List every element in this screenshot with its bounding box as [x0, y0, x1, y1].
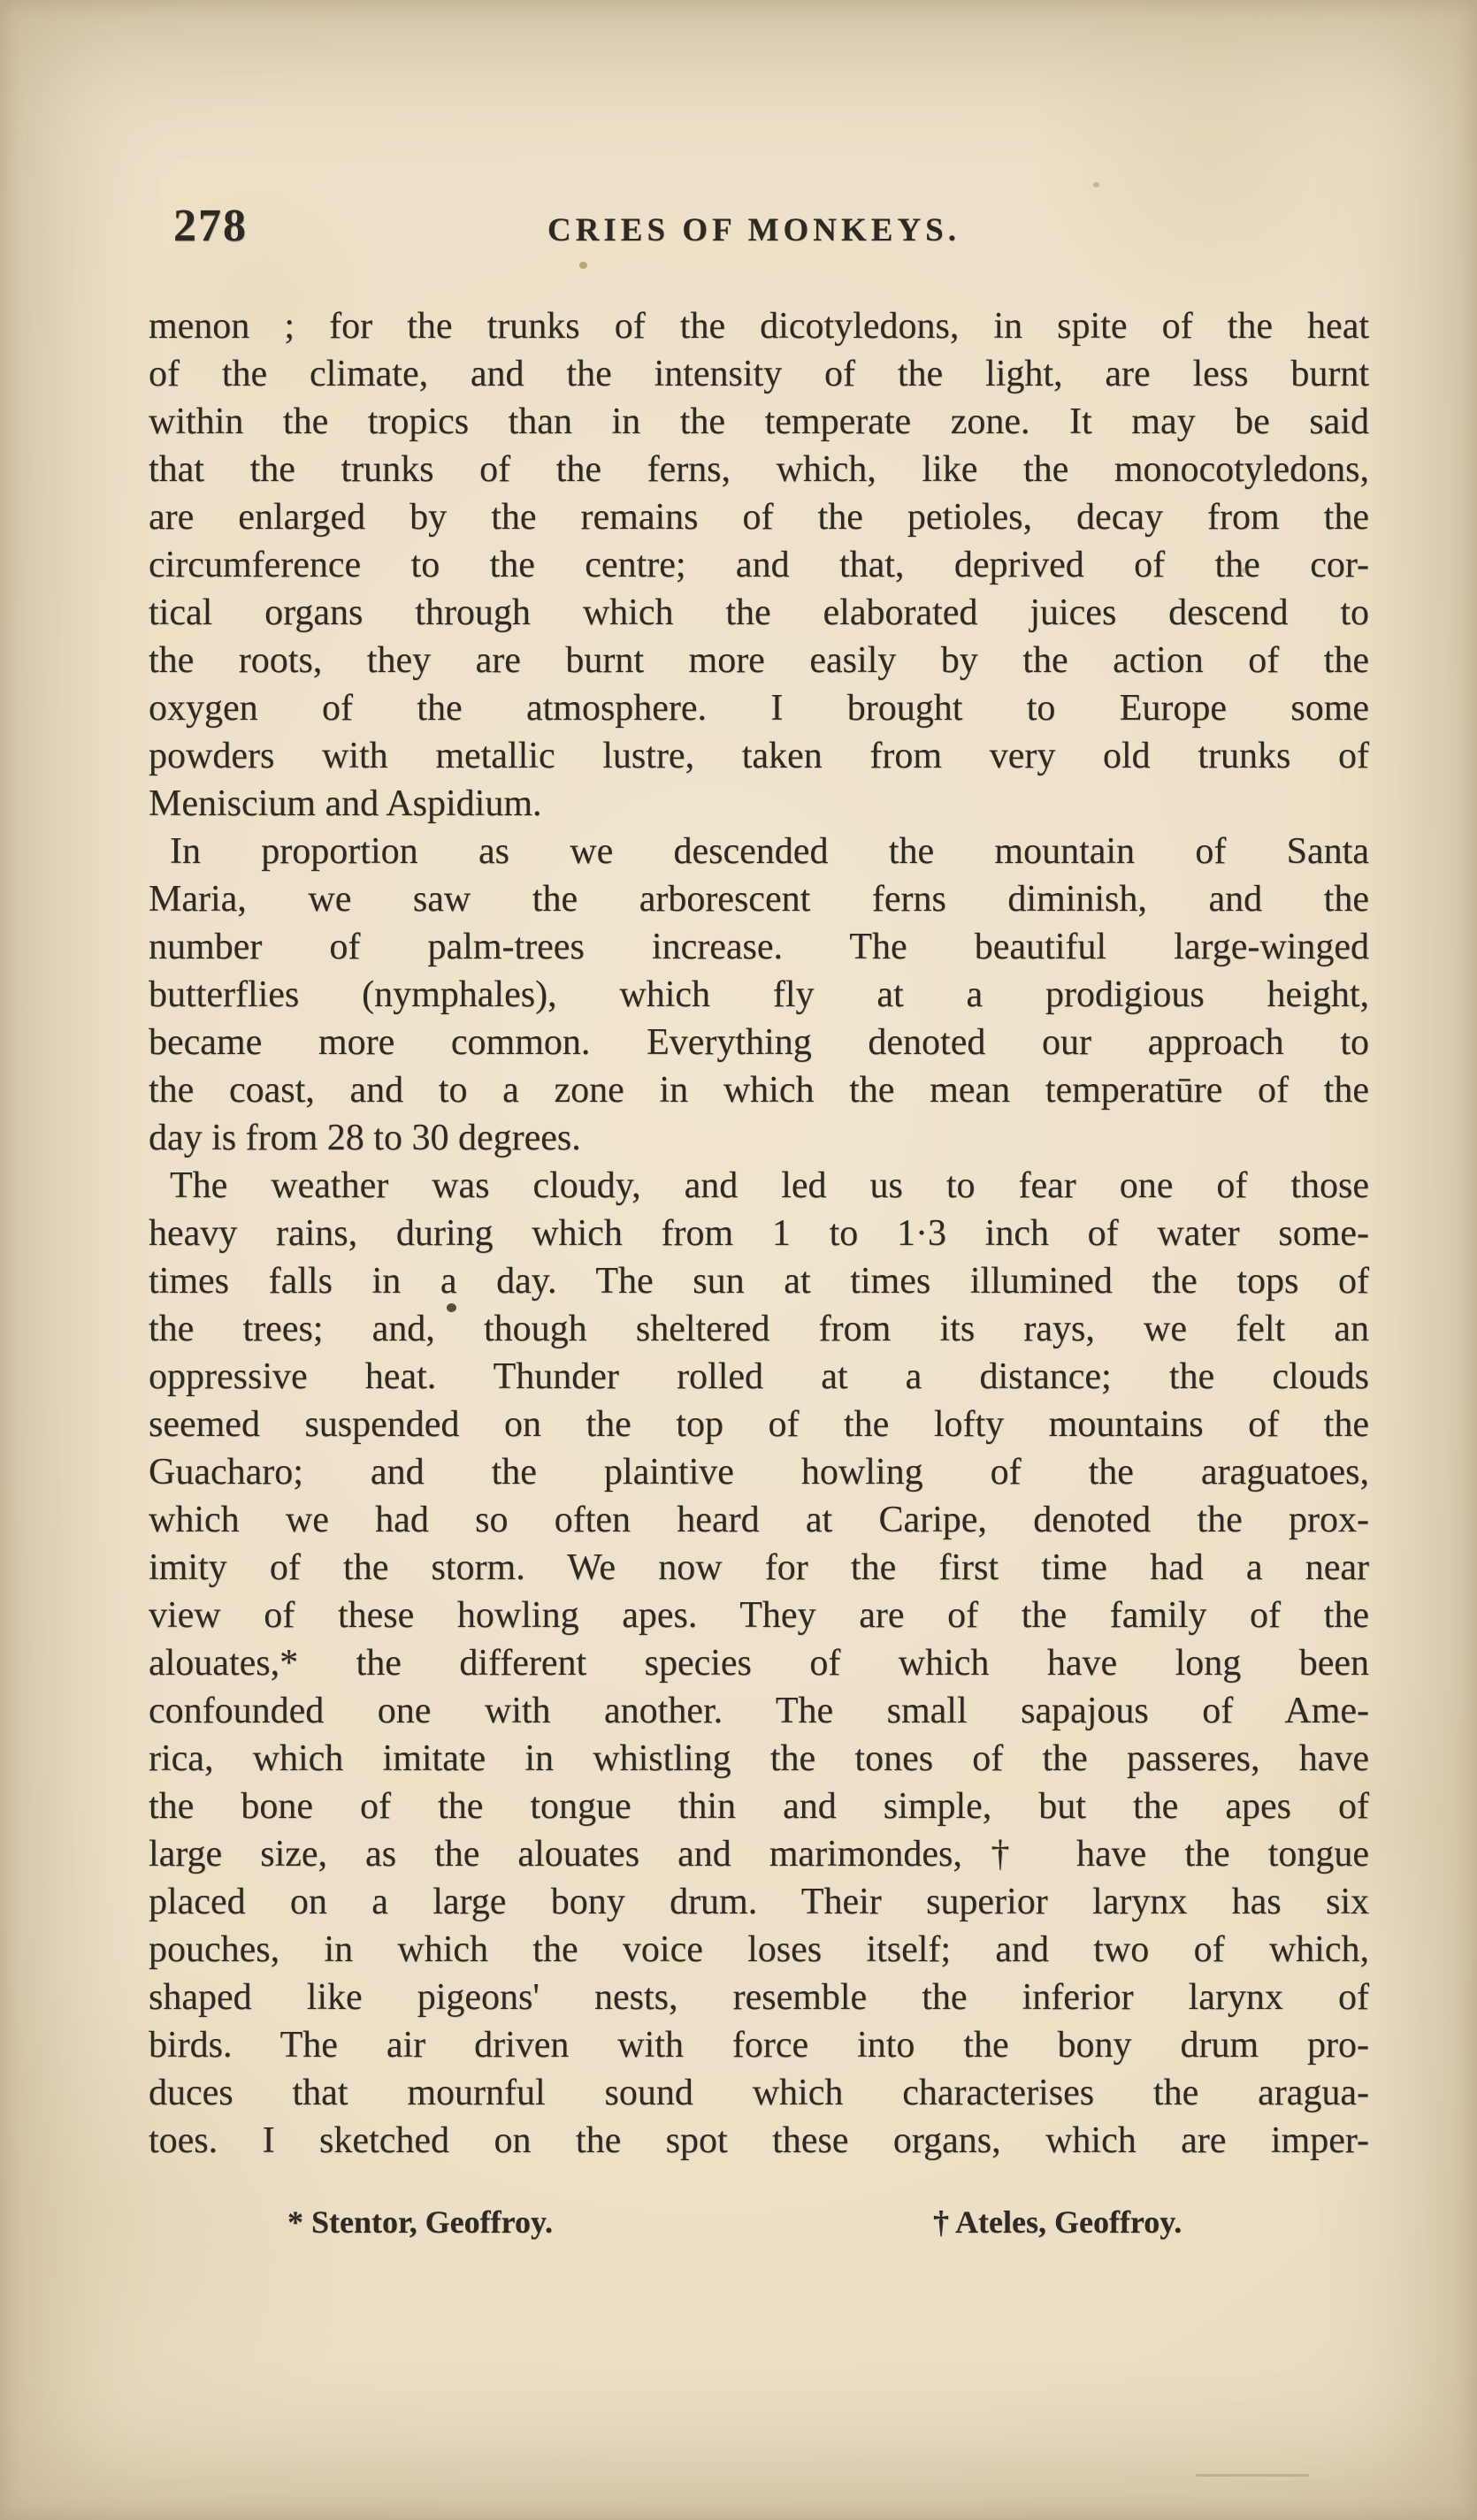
text-line: times falls in a day. The sun at times i…: [149, 1257, 1369, 1305]
paragraph-1: menon ; for the trunks of the dicotyledo…: [149, 302, 1369, 828]
text-line: day is from 28 to 30 degrees.: [149, 1114, 1369, 1162]
text-line: menon ; for the trunks of the dicotyledo…: [149, 302, 1369, 350]
text-line: of the climate, and the intensity of the…: [149, 350, 1369, 398]
text-line: duces that mournful sound which characte…: [149, 2069, 1369, 2117]
text-line: powders with metallic lustre, taken from…: [149, 732, 1369, 780]
text-line: number of palm-trees increase. The beaut…: [149, 923, 1369, 971]
text-line: rica, which imitate in whistling the ton…: [149, 1735, 1369, 1783]
text-line: which we had so often heard at Caripe, d…: [149, 1496, 1369, 1544]
ink-speck: [579, 262, 587, 269]
text-line: oppressive heat. Thunder rolled at a dis…: [149, 1353, 1369, 1401]
text-line: within the tropics than in the temperate…: [149, 398, 1369, 446]
text-line: alouates,* the different species of whic…: [149, 1639, 1369, 1687]
text-line: oxygen of the atmosphere. I brought to E…: [149, 684, 1369, 732]
footnotes: * Stentor, Geoffroy. † Ateles, Geoffroy.: [0, 2203, 1477, 2257]
text-line: became more common. Everything denoted o…: [149, 1019, 1369, 1066]
text-line: that the trunks of the ferns, which, lik…: [149, 446, 1369, 493]
text-line: the roots, they are burnt more easily by…: [149, 637, 1369, 684]
text-line: Meniscium and Aspidium.: [149, 780, 1369, 828]
text-line: the bone of the tongue thin and simple, …: [149, 1783, 1369, 1830]
running-head: CRIES OF MONKEYS.: [142, 214, 1366, 247]
paragraph-3: The weather was cloudy, and led us to fe…: [149, 1162, 1369, 2165]
text-line: Maria, we saw the arborescent ferns dimi…: [149, 875, 1369, 923]
ink-speck: [1093, 182, 1099, 187]
text-line: large size, as the alouates and marimond…: [149, 1830, 1369, 1878]
text-line: seemed suspended on the top of the lofty…: [149, 1401, 1369, 1448]
scan-artifact-mark: [1196, 2474, 1309, 2477]
text-line: The weather was cloudy, and led us to fe…: [149, 1162, 1369, 1210]
text-line: are enlarged by the remains of the petio…: [149, 493, 1369, 541]
book-page: 278 CRIES OF MONKEYS. menon ; for the tr…: [0, 0, 1477, 2520]
text-line: confounded one with another. The small s…: [149, 1687, 1369, 1735]
text-line: pouches, in which the voice loses itself…: [149, 1926, 1369, 1974]
text-line: placed on a large bony drum. Their super…: [149, 1878, 1369, 1926]
text-line: toes. I sketched on the spot these organ…: [149, 2117, 1369, 2165]
text-line: view of these howling apes. They are of …: [149, 1592, 1369, 1639]
text-line: butterflies (nymphales), which fly at a …: [149, 971, 1369, 1019]
text-line: shaped like pigeons' nests, resemble the…: [149, 1974, 1369, 2021]
text-line: imity of the storm. We now for the first…: [149, 1544, 1369, 1592]
text-line: birds. The air driven with force into th…: [149, 2021, 1369, 2069]
text-line: the coast, and to a zone in which the me…: [149, 1066, 1369, 1114]
text-line: heavy rains, during which from 1 to 1·3 …: [149, 1210, 1369, 1257]
text-line: Guacharo; and the plaintive howling of t…: [149, 1448, 1369, 1496]
footnote-ateles: † Ateles, Geoffroy.: [933, 2203, 1182, 2241]
text-line: the trees; and, though sheltered from it…: [149, 1305, 1369, 1353]
text-line: tical organs through which the elaborate…: [149, 589, 1369, 637]
text-line: In proportion as we descended the mounta…: [149, 828, 1369, 875]
paragraph-2: In proportion as we descended the mounta…: [149, 828, 1369, 1162]
body-text: menon ; for the trunks of the dicotyledo…: [149, 302, 1369, 2165]
text-line: circumference to the centre; and that, d…: [149, 541, 1369, 589]
footnote-stentor: * Stentor, Geoffroy.: [287, 2203, 553, 2241]
